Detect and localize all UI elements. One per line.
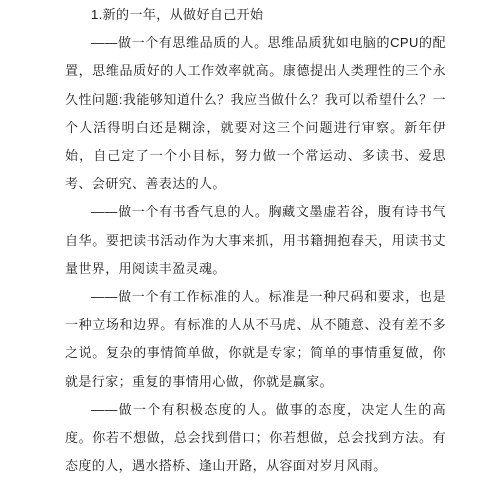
paragraph-reading-scholarly: ——做一个有书香气息的人。胸藏文墨虚若谷，腹有诗书气自华。要把读书活动作为大事来… — [65, 198, 446, 283]
paragraph-positive-attitude: ——做一个有积极态度的人。做事的态度，决定人生的高度。你若不想做，总会找到借口；… — [65, 396, 446, 480]
document-title: 1.新的一年，从做好自己开始 — [65, 1, 446, 29]
paragraph-work-standards: ——做一个有工作标准的人。标准是一种尺码和要求，也是一种立场和边界。有标准的人从… — [65, 283, 446, 396]
paragraph-thinking-quality: ——做一个有思维品质的人。思维品质犹如电脑的CPU的配置，思维品质好的人工作效率… — [65, 29, 446, 198]
document-page: 1.新的一年，从做好自己开始 ——做一个有思维品质的人。思维品质犹如电脑的CPU… — [0, 0, 480, 480]
